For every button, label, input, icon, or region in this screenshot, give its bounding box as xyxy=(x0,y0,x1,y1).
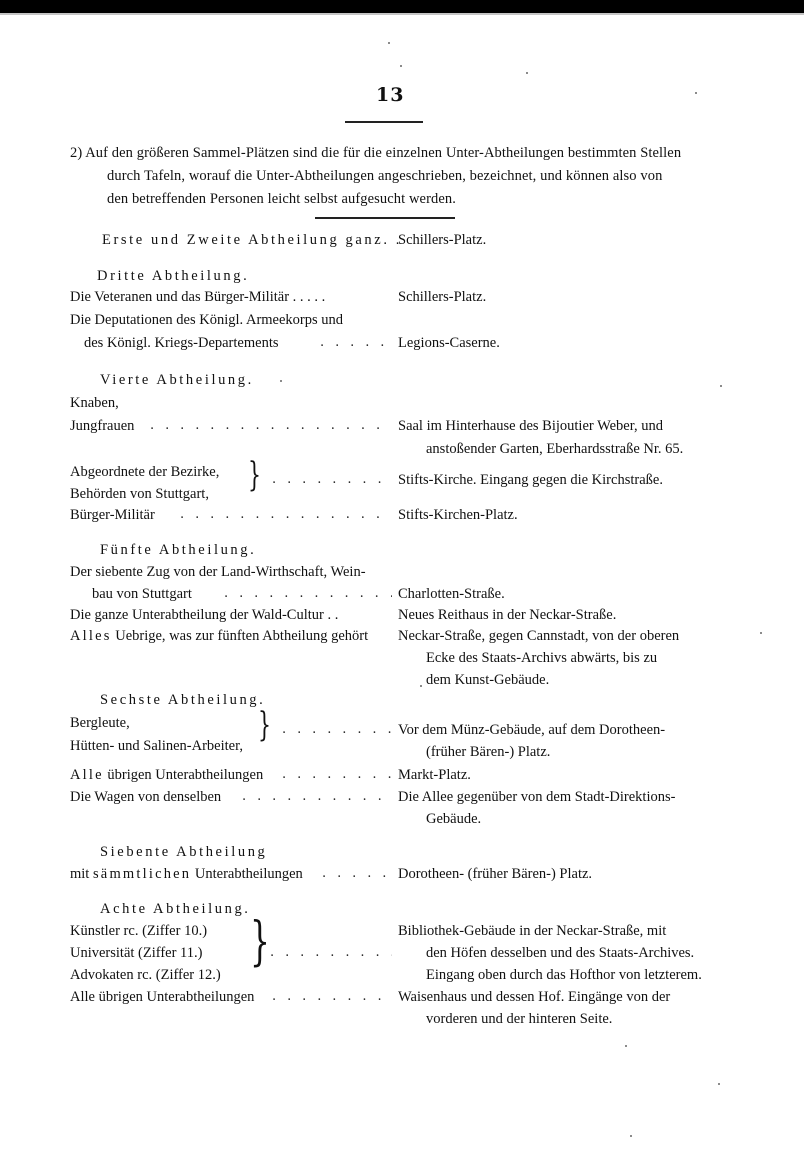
scan-top-border-edge xyxy=(0,13,804,15)
group-prefix: Alles xyxy=(70,628,112,644)
group-buerger-militaer: Bürger-Militär xyxy=(70,505,155,525)
group-text: übrigen Unterabtheilungen xyxy=(104,767,263,783)
group-spaced: sämmtlichen xyxy=(93,866,191,882)
dot-leader: . . . . . . . . . . . . . . . . . . . . … xyxy=(180,505,392,525)
place-muenz-line-1: Vor dem Münz-Gebäude, auf dem Dorotheen- xyxy=(398,720,665,740)
group-prefix: Alle xyxy=(70,767,104,783)
place-waisenhaus-line-2: vorderen und der hinteren Seite. xyxy=(426,1009,612,1029)
heading-fuenfte: Fünfte Abtheilung. xyxy=(100,540,256,560)
brace-glyph: } xyxy=(258,708,271,742)
group-huetten: Hütten- und Salinen-Arbeiter, xyxy=(70,736,243,756)
place-reithaus: Neues Reithaus in der Neckar-Straße. xyxy=(398,605,616,625)
place-neckar-line-3: dem Kunst-Gebäude. xyxy=(426,670,549,690)
place-markt: Markt-Platz. xyxy=(398,765,471,785)
intro-line-1: 2) Auf den größeren Sammel-Plätzen sind … xyxy=(70,142,681,164)
place-allee-line-1: Die Allee gegenüber von dem Stadt-Direkt… xyxy=(398,787,675,807)
place-stifts-kirchen-platz: Stifts-Kirchen-Platz. xyxy=(398,505,518,525)
scan-noise xyxy=(420,685,422,687)
group-veteranen: Die Veteranen und das Bürger-Militär . .… xyxy=(70,287,325,307)
place-charlotten: Charlotten-Straße. xyxy=(398,584,505,604)
scan-noise xyxy=(625,1045,627,1047)
brace-glyph: } xyxy=(248,458,261,492)
brace-glyph: } xyxy=(250,916,270,968)
group-alle-uebrigen-8: Alle übrigen Unterabtheilungen xyxy=(70,987,254,1007)
scan-noise xyxy=(718,1083,720,1085)
group-wagen: Die Wagen von denselben xyxy=(70,787,221,807)
group-universitaet: Universität (Ziffer 11.) xyxy=(70,943,202,963)
scan-noise xyxy=(388,42,390,44)
scan-noise xyxy=(630,1135,632,1137)
scan-noise xyxy=(695,92,697,94)
place-veteranen: Schillers-Platz. xyxy=(398,287,486,307)
place-neckar-line-1: Neckar-Straße, gegen Cannstadt, von der … xyxy=(398,626,679,646)
heading-vierte: Vierte Abtheilung. xyxy=(100,370,254,390)
place-dorotheen: Dorotheen- (früher Bären-) Platz. xyxy=(398,864,592,884)
heading-erste-zweite: Erste und Zweite Abtheilung ganz. . xyxy=(102,230,402,250)
dot-leader: . . . . . . . . . . . . . . . . . . . . … xyxy=(322,864,392,884)
place-waisenhaus-line-1: Waisenhaus und dessen Hof. Eingänge von … xyxy=(398,987,670,1007)
section-rule xyxy=(315,217,455,219)
group-saemmtlichen: mit sämmtlichen Unterabtheilungen xyxy=(70,864,303,884)
scan-noise xyxy=(720,385,722,387)
group-alles-uebrige: Alles Uebrige, was zur fünften Abtheilun… xyxy=(70,626,368,646)
group-behoerden: Behörden von Stuttgart, xyxy=(70,484,209,504)
dot-leader: . . . . . . . . . . . . . . . . . . . . … xyxy=(224,584,392,604)
place-allee-line-2: Gebäude. xyxy=(426,809,481,829)
group-kuenstler: Künstler rc. (Ziffer 10.) xyxy=(70,921,207,941)
dot-leader: . . . . . . . . . . . . . . . . . . . . … xyxy=(320,333,392,353)
intro-line-2: durch Tafeln, worauf die Unter-Abtheilun… xyxy=(107,165,662,187)
group-alle-uebrigen-6: Alle übrigen Unterabtheilungen xyxy=(70,765,263,785)
scan-top-border xyxy=(0,0,804,13)
place-deputationen: Legions-Caserne. xyxy=(398,333,500,353)
scan-noise xyxy=(760,632,762,634)
group-wald-cultur: Die ganze Unterabtheilung der Wald-Cultu… xyxy=(70,605,338,625)
place-bibliothek-line-1: Bibliothek-Gebäude in der Neckar-Straße,… xyxy=(398,921,666,941)
dot-leader: . . . . . . . . . . . . . . . . . . . . … xyxy=(282,720,392,740)
scan-noise xyxy=(400,65,402,67)
dot-leader: . . . . . . . . . . . . . . . . . . . . … xyxy=(272,987,392,1007)
intro-line-3: den betreffenden Personen leicht selbst … xyxy=(107,188,456,210)
group-abgeordnete: Abgeordnete der Bezirke, xyxy=(70,462,219,482)
group-bergleute: Bergleute, xyxy=(70,713,130,733)
dot-leader: . . . . . . . . . . . . . . . . . . . . … xyxy=(242,787,392,807)
group-siebente-zug-line-1: Der siebente Zug von der Land-Wirthschaf… xyxy=(70,562,366,582)
scan-noise xyxy=(280,380,282,382)
header-rule xyxy=(345,121,423,123)
group-text: Unterabtheilungen xyxy=(191,866,303,882)
place-saal-line-2: anstoßender Garten, Eberhardsstraße Nr. … xyxy=(426,439,683,459)
heading-siebente: Siebente Abtheilung xyxy=(100,842,267,862)
group-siebente-zug-line-2: bau von Stuttgart xyxy=(92,584,192,604)
dot-leader: . . . . . . . . . . . . . . . . . . . . … xyxy=(150,416,392,436)
group-deputationen-line-1: Die Deputationen des Königl. Armeekorps … xyxy=(70,310,343,330)
dot-leader: . . . . . . . . . . . . . . . . . . . . … xyxy=(282,765,392,785)
heading-dritte: Dritte Abtheilung. xyxy=(97,266,249,286)
place-muenz-line-2: (früher Bären-) Platz. xyxy=(426,742,550,762)
group-deputationen-line-2: des Königl. Kriegs-Departements xyxy=(84,333,279,353)
group-knaben: Knaben, xyxy=(70,393,119,413)
group-jungfrauen: Jungfrauen xyxy=(70,416,134,436)
group-text: Uebrige, was zur fünften Abtheilung gehö… xyxy=(112,628,369,644)
heading-sechste: Sechste Abtheilung. xyxy=(100,690,265,710)
place-bibliothek-line-3: Eingang oben durch das Hofthor von letzt… xyxy=(426,965,702,985)
place-bibliothek-line-2: den Höfen desselben und des Staats-Archi… xyxy=(426,943,694,963)
place-saal-line-1: Saal im Hinterhause des Bijoutier Weber,… xyxy=(398,416,663,436)
scan-noise xyxy=(526,72,528,74)
place-stifts-kirche: Stifts-Kirche. Eingang gegen die Kirchst… xyxy=(398,470,663,490)
dot-leader: . . . . . . . . . . . . . . . . . . . . … xyxy=(272,470,392,490)
place-erste-zweite: Schillers-Platz. xyxy=(398,230,486,250)
page-number: 13 xyxy=(376,84,404,106)
heading-achte: Achte Abtheilung. xyxy=(100,899,251,919)
dot-leader: . . . . . . . . . . . . . . . . . . . . … xyxy=(270,943,392,963)
group-advokaten: Advokaten rc. (Ziffer 12.) xyxy=(70,965,221,985)
group-prefix: mit xyxy=(70,866,89,882)
place-neckar-line-2: Ecke des Staats-Archivs abwärts, bis zu xyxy=(426,648,657,668)
